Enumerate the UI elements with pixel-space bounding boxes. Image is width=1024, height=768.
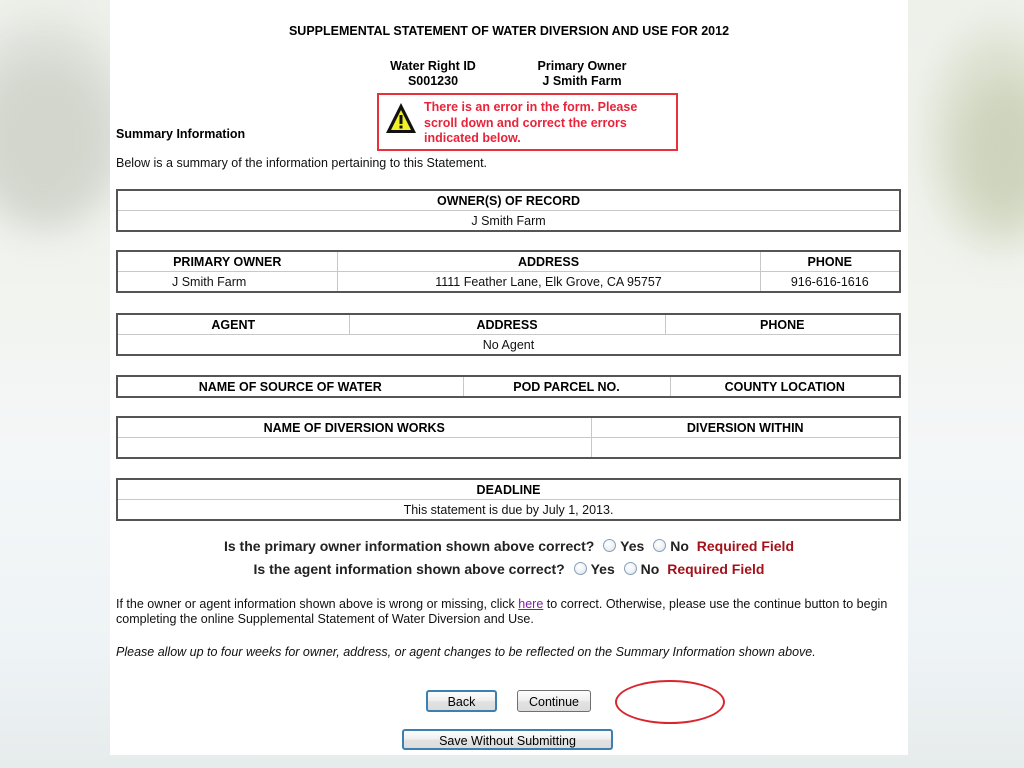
help-text: If the owner or agent information shown …	[116, 597, 901, 627]
agent-yes-radio[interactable]	[574, 562, 587, 575]
radio-label-no[interactable]: No	[641, 561, 660, 577]
table-row: J Smith Farm 1111 Feather Lane, Elk Grov…	[117, 272, 900, 293]
summary-heading: Summary Information	[116, 127, 245, 141]
agent-no-radio[interactable]	[624, 562, 637, 575]
primary-owner-label: Primary Owner	[522, 59, 642, 74]
table-header: COUNTY LOCATION	[670, 376, 900, 397]
radio-label-yes[interactable]: Yes	[620, 538, 644, 554]
required-field-error: Required Field	[697, 538, 794, 554]
table-cell	[117, 438, 591, 459]
table-cell: J Smith Farm	[117, 272, 337, 293]
table-cell: This statement is due by July 1, 2013.	[117, 500, 900, 521]
error-message-text: There is an error in the form. Please sc…	[424, 100, 674, 147]
required-field-error: Required Field	[667, 561, 764, 577]
water-right-id-block: Water Right ID S001230	[378, 59, 488, 89]
processing-time-note: Please allow up to four weeks for owner,…	[116, 645, 901, 659]
radio-label-no[interactable]: No	[670, 538, 689, 554]
continue-button[interactable]: Continue	[517, 690, 591, 712]
error-message-box: There is an error in the form. Please sc…	[377, 93, 678, 151]
table-header: POD PARCEL NO.	[463, 376, 670, 397]
primary-owner-no-radio[interactable]	[653, 539, 666, 552]
help-text-before: If the owner or agent information shown …	[116, 597, 518, 611]
water-right-id-value: S001230	[378, 74, 488, 89]
back-button[interactable]: Back	[426, 690, 497, 712]
primary-owner-block: Primary Owner J Smith Farm	[522, 59, 642, 89]
warning-triangle-icon	[385, 101, 417, 135]
table-cell: 916-616-1616	[760, 272, 900, 293]
table-row: This statement is due by July 1, 2013.	[117, 500, 900, 521]
table-cell	[591, 438, 900, 459]
table-row	[117, 438, 900, 459]
content-panel: SUPPLEMENTAL STATEMENT OF WATER DIVERSIO…	[110, 0, 908, 755]
table-header: ADDRESS	[337, 251, 760, 272]
primary-owner-value: J Smith Farm	[522, 74, 642, 89]
table-header: PHONE	[760, 251, 900, 272]
diversion-works-table: NAME OF DIVERSION WORKS DIVERSION WITHIN	[116, 416, 901, 459]
primary-owner-table: PRIMARY OWNER ADDRESS PHONE J Smith Farm…	[116, 250, 901, 293]
table-header: ADDRESS	[349, 314, 665, 335]
table-cell: J Smith Farm	[117, 211, 900, 232]
owners-of-record-table: OWNER(S) OF RECORD J Smith Farm	[116, 189, 901, 232]
correct-info-link[interactable]: here	[518, 597, 543, 611]
question-text: Is the agent information shown above cor…	[254, 561, 565, 577]
table-header: PRIMARY OWNER	[117, 251, 337, 272]
table-header: DIVERSION WITHIN	[591, 417, 900, 438]
table-row: No Agent	[117, 335, 900, 356]
continue-highlight-annotation	[615, 680, 725, 724]
primary-owner-yes-radio[interactable]	[603, 539, 616, 552]
table-header: NAME OF SOURCE OF WATER	[117, 376, 463, 397]
water-source-table: NAME OF SOURCE OF WATER POD PARCEL NO. C…	[116, 375, 901, 398]
agent-correct-question: Is the agent information shown above cor…	[110, 561, 908, 577]
save-without-submitting-button[interactable]: Save Without Submitting	[402, 729, 613, 750]
page-title: SUPPLEMENTAL STATEMENT OF WATER DIVERSIO…	[110, 24, 908, 38]
table-header: NAME OF DIVERSION WORKS	[117, 417, 591, 438]
table-header: OWNER(S) OF RECORD	[117, 190, 900, 211]
question-text: Is the primary owner information shown a…	[224, 538, 594, 554]
radio-label-yes[interactable]: Yes	[591, 561, 615, 577]
summary-intro: Below is a summary of the information pe…	[116, 156, 487, 170]
table-header: DEADLINE	[117, 479, 900, 500]
agent-table: AGENT ADDRESS PHONE No Agent	[116, 313, 901, 356]
table-row: J Smith Farm	[117, 211, 900, 232]
table-cell: 1111 Feather Lane, Elk Grove, CA 95757	[337, 272, 760, 293]
primary-owner-correct-question: Is the primary owner information shown a…	[110, 538, 908, 554]
water-right-id-label: Water Right ID	[378, 59, 488, 74]
table-header: AGENT	[117, 314, 349, 335]
deadline-table: DEADLINE This statement is due by July 1…	[116, 478, 901, 521]
table-cell: No Agent	[117, 335, 900, 356]
table-header: PHONE	[665, 314, 900, 335]
